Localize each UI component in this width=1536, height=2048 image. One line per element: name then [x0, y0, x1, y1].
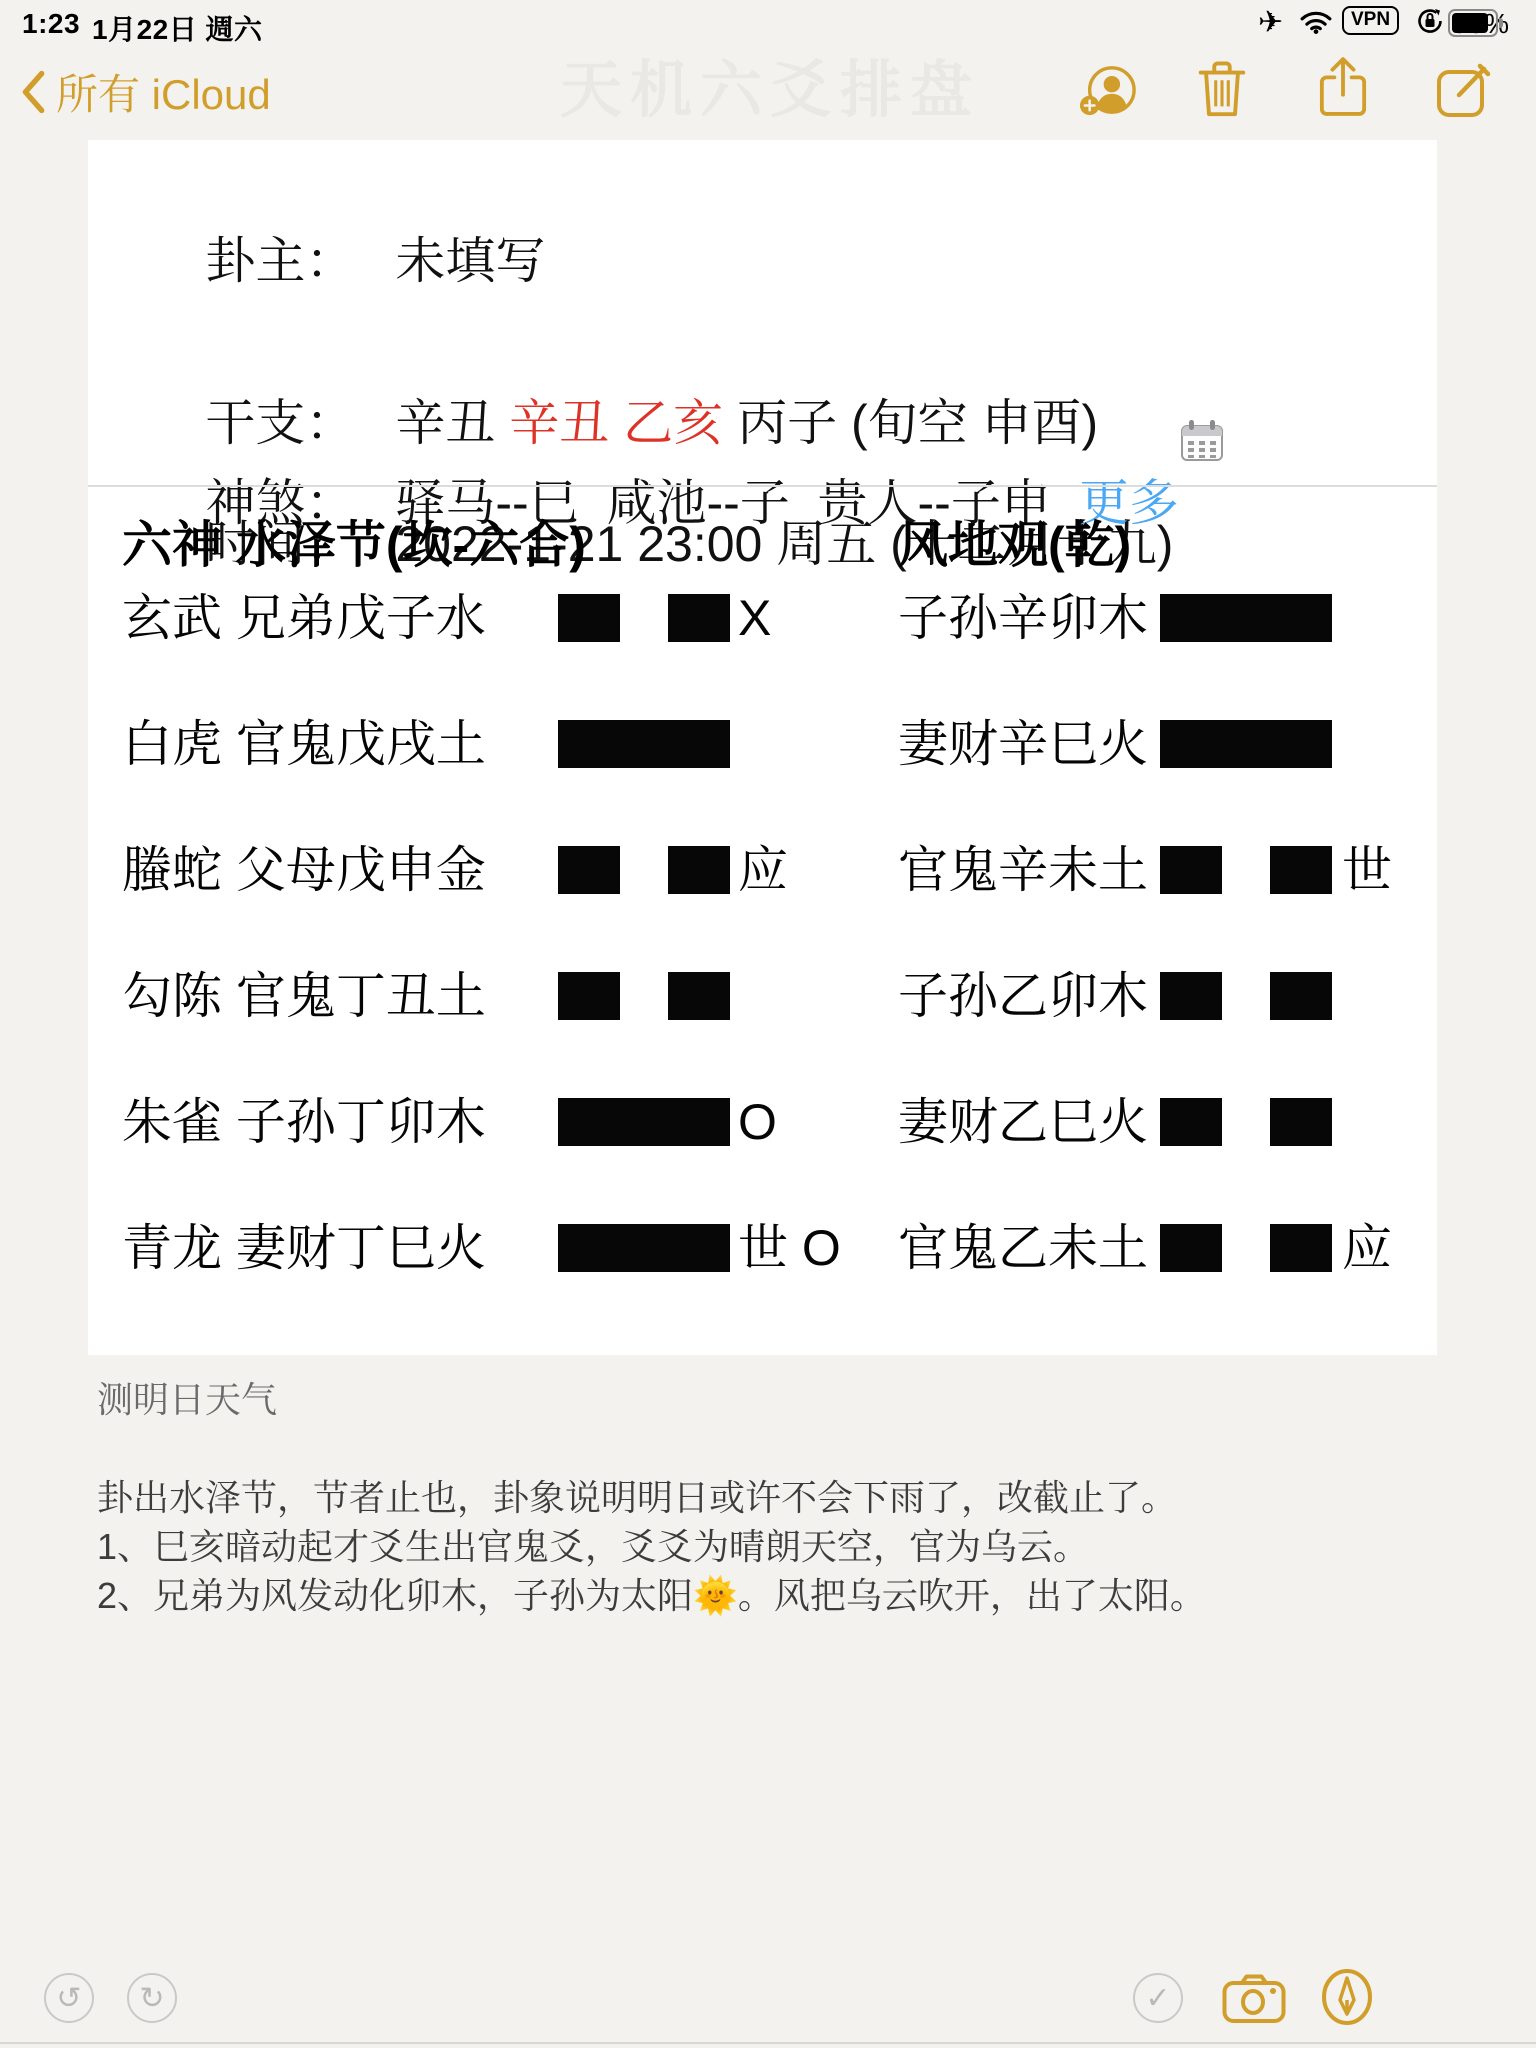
hexagram-chart-card: 卦主：未填写 时间：2022-1-21 23:00 周五 (十二月十九) — [88, 140, 1437, 1355]
right-yao-symbol — [1160, 594, 1332, 642]
left-yao-text: 勾陈 官鬼丁丑土 — [122, 971, 486, 1021]
share-icon — [1318, 56, 1368, 118]
rotation-lock-icon — [1414, 5, 1446, 37]
right-yao-text: 妻财乙巳火 — [898, 1097, 1148, 1147]
right-yao-marker: 世 — [1342, 845, 1392, 895]
watermark: 天机六爻排盘 — [560, 40, 980, 129]
left-yao-text: 白虎 官鬼戊戌土 — [122, 719, 486, 769]
hexagram-row: 青龙 妻财丁巳火 世 O 官鬼乙未土 应 — [88, 1223, 1437, 1273]
camera-icon — [1222, 1972, 1286, 2024]
back-chevron-icon — [20, 70, 46, 114]
note-question-line[interactable]: 测明日天气 — [97, 1372, 277, 1423]
left-yao-text: 青龙 妻财丁巳火 — [122, 1223, 486, 1273]
left-yao-symbol — [558, 1098, 730, 1146]
person-add-icon — [1079, 62, 1137, 118]
calendar-icon — [1179, 301, 1290, 579]
right-yao-text: 官鬼辛未土 — [898, 845, 1148, 895]
vpn-badge: VPN — [1342, 6, 1399, 35]
left-yao-marker: O — [738, 1097, 777, 1147]
main-hexagram-header: 六神 水泽节(坎-六合) — [122, 505, 586, 577]
undo-icon: ↺ — [56, 1981, 81, 2016]
add-collaborator-button[interactable] — [1079, 62, 1137, 118]
left-yao-text: 朱雀 子孙丁卯木 — [122, 1097, 486, 1147]
status-date: 1月22日 週六 — [92, 8, 263, 48]
left-yao-symbol — [558, 972, 730, 1020]
wifi-icon — [1300, 10, 1332, 34]
bottom-hairline — [0, 2042, 1536, 2044]
compose-button[interactable] — [1436, 62, 1492, 118]
hexagram-row: 玄武 兄弟戊子水 X 子孙辛卯木 — [88, 593, 1437, 643]
back-button[interactable]: 所有 iCloud — [20, 62, 271, 122]
right-yao-symbol — [1160, 1224, 1332, 1272]
markup-button[interactable] — [1320, 1968, 1374, 2026]
redo-icon: ↻ — [139, 1981, 164, 2016]
notes-app-screen: 1:23 1月22日 週六 ✈ VPN 93% 天机六爻排盘 所有 iC — [0, 0, 1536, 2048]
right-yao-text: 官鬼乙未土 — [898, 1223, 1148, 1273]
left-yao-symbol — [558, 1224, 730, 1272]
right-yao-text: 子孙乙卯木 — [898, 971, 1148, 1021]
checkmark-icon: ✓ — [1145, 1981, 1170, 2016]
hexagram-row: 勾陈 官鬼丁丑土 子孙乙卯木 — [88, 971, 1437, 1021]
hexagram-row: 朱雀 子孙丁卯木 O 妻财乙巳火 — [88, 1097, 1437, 1147]
card-divider — [88, 485, 1437, 487]
left-yao-marker: 世 O — [738, 1223, 841, 1273]
battery-icon — [1448, 9, 1498, 37]
left-yao-symbol — [558, 594, 730, 642]
left-yao-marker: 应 — [738, 845, 788, 895]
left-yao-text: 玄武 兄弟戊子水 — [122, 593, 486, 643]
right-yao-symbol — [1160, 720, 1332, 768]
left-yao-symbol — [558, 720, 730, 768]
right-yao-symbol — [1160, 972, 1332, 1020]
left-yao-symbol — [558, 846, 730, 894]
compose-icon — [1436, 62, 1492, 118]
delete-note-button[interactable] — [1196, 60, 1248, 118]
trash-icon — [1196, 60, 1248, 118]
left-yao-marker: X — [738, 593, 771, 643]
note-analysis-text[interactable]: 卦出水泽节，节者止也，卦象说明明日或许不会下雨了，改截止了。 1、巳亥暗动起才爻… — [97, 1473, 1457, 1620]
right-yao-text: 妻财辛巳火 — [898, 719, 1148, 769]
redo-button[interactable]: ↻ — [127, 1973, 177, 2023]
camera-button[interactable] — [1222, 1972, 1286, 2024]
right-yao-text: 子孙辛卯木 — [898, 593, 1148, 643]
changed-hexagram-header: 风地观(乾) — [898, 505, 1131, 577]
right-yao-symbol — [1160, 1098, 1332, 1146]
status-time: 1:23 — [22, 8, 80, 40]
checklist-button[interactable]: ✓ — [1133, 1973, 1183, 2023]
undo-button[interactable]: ↺ — [44, 1973, 94, 2023]
hexagram-row: 螣蛇 父母戊申金 应 官鬼辛未土 世 — [88, 845, 1437, 895]
left-yao-text: 螣蛇 父母戊申金 — [122, 845, 486, 895]
back-button-label: 所有 iCloud — [56, 62, 271, 122]
airplane-icon: ✈ — [1258, 5, 1283, 40]
share-button[interactable] — [1318, 56, 1368, 118]
markup-pen-icon — [1320, 1968, 1374, 2026]
right-yao-marker: 应 — [1342, 1223, 1392, 1273]
right-yao-symbol — [1160, 846, 1332, 894]
hexagram-row: 白虎 官鬼戊戌土 妻财辛巳火 — [88, 719, 1437, 769]
